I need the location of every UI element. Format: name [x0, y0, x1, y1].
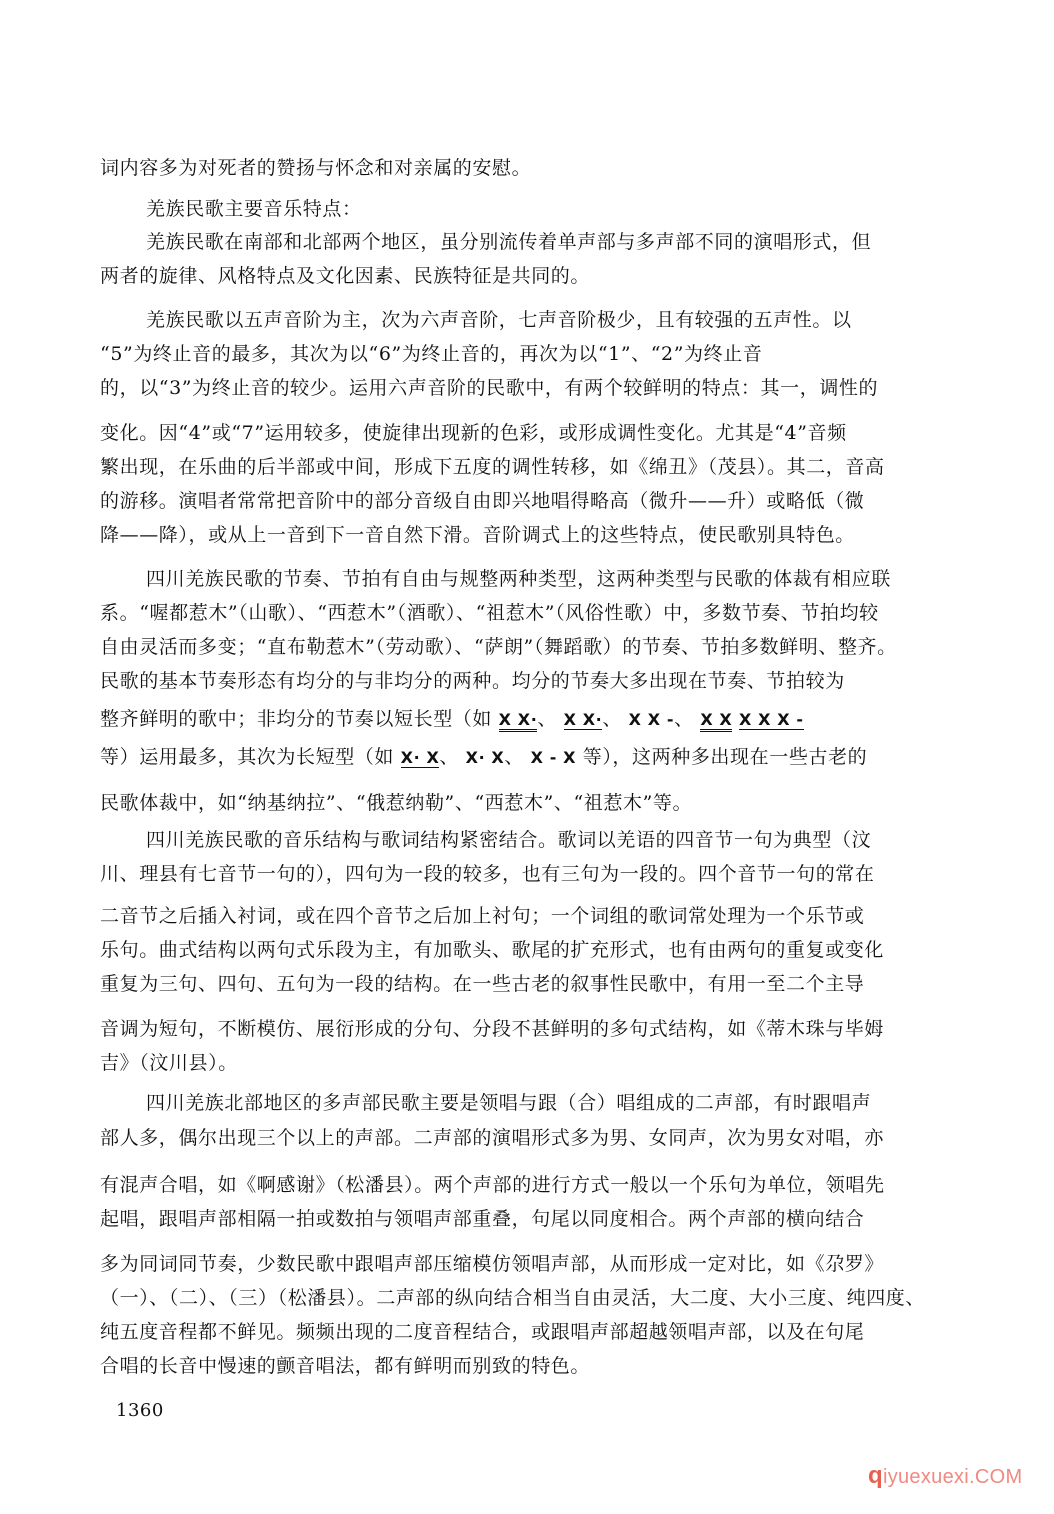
paragraph-line: 起唱，跟唱声部相隔一拍或数拍与领唱声部重叠，句尾以同度相合。两个声部的横向结合: [100, 1206, 960, 1232]
paragraph-line: 二音节之后插入衬词，或在四个音节之后加上衬句；一个词组的歌词常处理为一个乐节或: [100, 903, 960, 929]
rhythm-prefix: 等）运用最多，其次为长短型（如: [100, 746, 394, 768]
paragraph-line: 民歌体裁中，如“纳基纳拉”、“俄惹纳勒”、“西惹木”、“祖惹木”等。: [100, 790, 960, 816]
paragraph-line: 羌族民歌以五声音阶为主，次为六声音阶，七声音阶极少，且有较强的五声性。以: [146, 307, 960, 333]
page-number: 1360: [116, 1400, 164, 1421]
paragraph-line: 繁出现，在乐曲的后半部或中间，形成下五度的调性转移，如《绵丑》（茂县）。其二，音…: [100, 454, 960, 480]
paragraph-line: 词内容多为对死者的赞扬与怀念和对亲属的安慰。: [100, 155, 960, 181]
paragraph-line: 两者的旋律、风格特点及文化因素、民族特征是共同的。: [100, 263, 960, 289]
paragraph-line: 音调为短句，不断模仿、展衍形成的分句、分段不甚鲜明的多句式结构，如《蒂木珠与毕姆: [100, 1016, 960, 1042]
paragraph-line: 川、理县有七音节一句的），四句为一段的较多，也有三句为一段的。四个音节一句的常在: [100, 861, 960, 887]
paragraph-line: 羌族民歌在南部和北部两个地区，虽分别流传着单声部与多声部不同的演唱形式，但: [146, 229, 960, 255]
watermark-text: iyuexuexi.COM: [883, 1466, 1023, 1488]
rhythm-figure: X X·: [564, 710, 603, 730]
paragraph-line: 四川羌族民歌的节奏、节拍有自由与规整两种类型，这两种类型与民歌的体裁有相应联: [146, 566, 960, 592]
paragraph-line: 四川羌族民歌的音乐结构与歌词结构紧密结合。歌词以羌语的四音节一句为典型（汶: [146, 827, 960, 853]
rhythm-figure: X X: [700, 710, 732, 732]
paragraph-line: 部人多，偶尔出现三个以上的声部。二声部的演唱形式多为男、女同声，次为男女对唱，亦: [100, 1125, 960, 1151]
paragraph-line: 有混声合唱，如《啊感谢》（松潘县）。两个声部的进行方式一般以一个乐句为单位，领唱…: [100, 1172, 960, 1198]
document-page: 词内容多为对死者的赞扬与怀念和对亲属的安慰。 羌族民歌主要音乐特点： 羌族民歌在…: [0, 0, 1054, 1514]
rhythm-notation-line: 整齐鲜明的歌中；非均分的节奏以短长型（如 X X·、 X X·、 X X -、 …: [100, 706, 960, 733]
rhythm-figure: X X·: [499, 710, 538, 732]
rhythm-notation-line: 等）运用最多，其次为长短型（如 X· X、 X· X、 X - X 等），这两种…: [100, 744, 960, 771]
paragraph-line: 四川羌族北部地区的多声部民歌主要是领唱与跟（合）唱组成的二声部，有时跟唱声: [146, 1090, 960, 1116]
rhythm-figure: X X -: [629, 710, 674, 729]
section-heading: 羌族民歌主要音乐特点：: [146, 196, 960, 222]
paragraph-line: 的，以“3”为终止音的较少。运用六声音阶的民歌中，有两个较鲜明的特点：其一，调性…: [100, 375, 960, 401]
watermark-logo: qiyuexuexi.COM: [868, 1462, 1022, 1490]
rhythm-figure: X X X -: [739, 710, 804, 730]
paragraph-line: 纯五度音程都不鲜见。频频出现的二度音程结合，或跟唱声部超越领唱声部，以及在句尾: [100, 1319, 960, 1345]
paragraph-line: 降——降），或从上一音到下一音自然下滑。音阶调式上的这些特点，使民歌别具特色。: [100, 522, 960, 548]
rhythm-figure: X - X: [531, 748, 576, 767]
paragraph-line: （一）、（二）、（三）（松潘县）。二声部的纵向结合相当自由灵活，大二度、大小三度…: [100, 1285, 960, 1311]
paragraph-line: 自由灵活而多变；“直布勒惹木”（劳动歌）、“萨朗”（舞蹈歌）的节奏、节拍多数鲜明…: [100, 634, 960, 660]
paragraph-line: 乐句。曲式结构以两句式乐段为主，有加歌头、歌尾的扩充形式，也有由两句的重复或变化: [100, 937, 960, 963]
rhythm-prefix: 整齐鲜明的歌中；非均分的节奏以短长型（如: [100, 708, 492, 730]
paragraph-line: 民歌的基本节奏形态有均分的与非均分的两种。均分的节奏大多出现在节奏、节拍较为: [100, 668, 960, 694]
paragraph-line: 变化。因“4”或“7”运用较多，使旋律出现新的色彩，或形成调性变化。尤其是“4”…: [100, 420, 960, 446]
separator: 、: [602, 708, 622, 730]
rhythm-suffix: 等），这两种多出现在一些古老的: [583, 746, 868, 768]
paragraph-line: “5”为终止音的最多，其次为以“6”为终止音的，再次为以“1”、“2”为终止音: [100, 341, 960, 367]
rhythm-figure: X· X: [466, 748, 505, 767]
separator: 、: [674, 708, 694, 730]
paragraph-line: 重复为三句、四句、五句为一段的结构。在一些古老的叙事性民歌中，有用一至二个主导: [100, 971, 960, 997]
paragraph-line: 多为同词同节奏，少数民歌中跟唱声部压缩模仿领唱声部，从而形成一定对比，如《尕罗》: [100, 1251, 960, 1277]
separator: 、: [537, 708, 557, 730]
rhythm-figure: X· X: [401, 748, 440, 768]
paragraph-line: 系。“喔都惹木”（山歌）、“西惹木”（酒歌）、“祖惹木”（风俗性歌）中，多数节奏…: [100, 600, 960, 626]
paragraph-line: 吉》（汶川县）。: [100, 1050, 960, 1076]
paragraph-line: 的游移。演唱者常常把音阶中的部分音级自由即兴地唱得略高（微升——升）或略低（微: [100, 488, 960, 514]
watermark-q-glyph: q: [868, 1462, 883, 1489]
paragraph-line: 合唱的长音中慢速的颤音唱法，都有鲜明而别致的特色。: [100, 1353, 960, 1379]
